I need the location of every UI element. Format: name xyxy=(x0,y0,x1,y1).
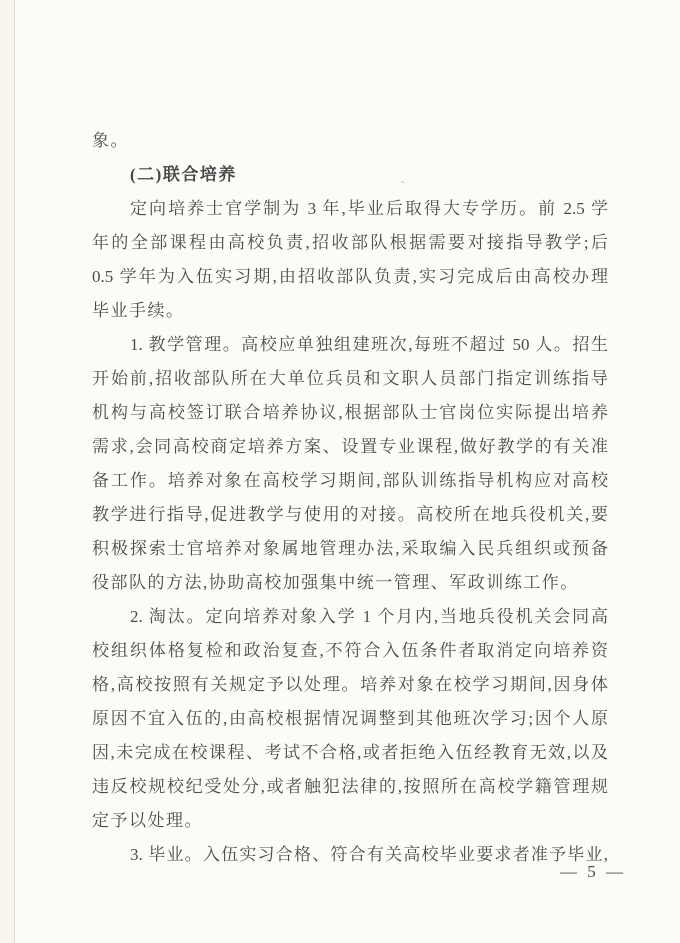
text-line: 机构与高校签订联合培养协议,根据部队士官岗位实际提出培养 xyxy=(92,396,608,430)
text-line: 校组织体格复检和政治复查,不符合入伍条件者取消定向培养资 xyxy=(92,634,608,668)
text-line: 教学进行指导,促进教学与使用的对接。高校所在地兵役机关,要 xyxy=(92,498,608,532)
text-line: 役部队的方法,协助高校加强集中统一管理、军政训练工作。 xyxy=(92,566,608,600)
document-text-block: 象。 (二)联合培养 定向培养士官学制为 3 年,毕业后取得大专学历。前 2.5… xyxy=(92,124,608,872)
text-line: 开始前,招收部队所在大单位兵员和文职人员部门指定训练指导 xyxy=(92,362,608,396)
scan-edge-strip xyxy=(0,0,14,943)
section-heading: (二)联合培养 xyxy=(92,158,608,192)
text-line: 1. 教学管理。高校应单独组建班次,每班不超过 50 人。招生 xyxy=(92,328,608,362)
text-line: 需求,会同高校商定培养方案、设置专业课程,做好教学的有关准 xyxy=(92,430,608,464)
scanned-document-page: 象。 (二)联合培养 定向培养士官学制为 3 年,毕业后取得大专学历。前 2.5… xyxy=(0,0,680,943)
text-line: 0.5 学年为入伍实习期,由招收部队负责,实习完成后由高校办理 xyxy=(92,260,608,294)
scan-edge-line xyxy=(14,0,15,943)
text-line: 违反校规校纪受处分,或者触犯法律的,按照所在高校学籍管理规 xyxy=(92,770,608,804)
text-line: 定予以处理。 xyxy=(92,804,608,838)
text-line: 3. 毕业。入伍实习合格、符合有关高校毕业要求者准予毕业, xyxy=(92,838,608,872)
text-line: 象。 xyxy=(92,124,608,158)
text-line: 毕业手续。 xyxy=(92,294,608,328)
text-line: 积极探索士官培养对象属地管理办法,采取编入民兵组织或预备 xyxy=(92,532,608,566)
text-line: 因,未完成在校课程、考试不合格,或者拒绝入伍经教育无效,以及 xyxy=(92,736,608,770)
page-number: — 5 — xyxy=(560,862,626,882)
text-line: 格,高校按照有关规定予以处理。培养对象在校学习期间,因身体 xyxy=(92,668,608,702)
text-line: 原因不宜入伍的,由高校根据情况调整到其他班次学习;因个人原 xyxy=(92,702,608,736)
text-line: 定向培养士官学制为 3 年,毕业后取得大专学历。前 2.5 学 xyxy=(92,192,608,226)
text-line: 年的全部课程由高校负责,招收部队根据需要对接指导教学;后 xyxy=(92,226,608,260)
text-line: 备工作。培养对象在高校学习期间,部队训练指导机构应对高校 xyxy=(92,464,608,498)
text-line: 2. 淘汰。定向培养对象入学 1 个月内,当地兵役机关会同高 xyxy=(92,600,608,634)
